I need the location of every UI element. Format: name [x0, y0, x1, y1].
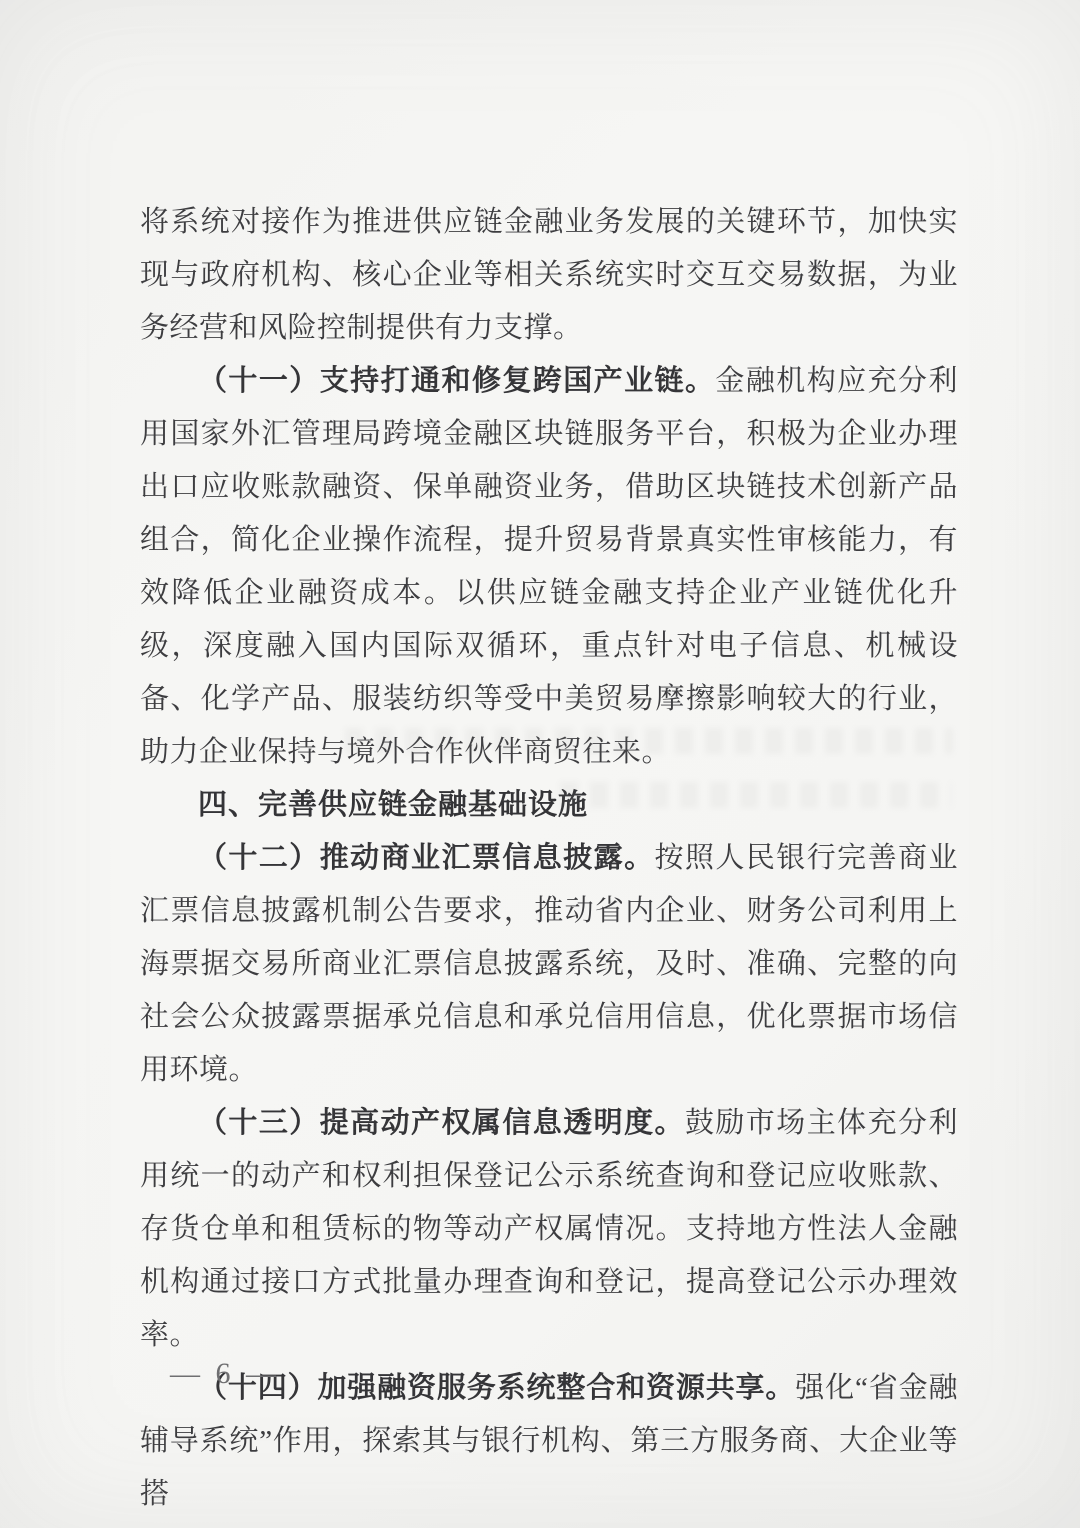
paragraph-lead: （十一）支持打通和修复跨国产业链。	[198, 365, 715, 397]
paragraph-item-11: （十一）支持打通和修复跨国产业链。金融机构应充分利用国家外汇管理局跨境金融区块链…	[140, 355, 958, 779]
paragraph-text: 按照人民银行完善商业汇票信息披露机制公告要求，推动省内企业、财务公司利用上海票据…	[140, 842, 958, 1086]
section-heading-text: 四、完善供应链金融基础设施	[198, 789, 588, 821]
scanned-document-page: 将系统对接作为推进供应链金融业务发展的关键环节，加快实现与政府机构、核心企业等相…	[0, 0, 1080, 1528]
paragraph-lead: （十三）提高动产权属信息透明度。	[198, 1107, 685, 1139]
paragraph-item-13: （十三）提高动产权属信息透明度。鼓励市场主体充分利用统一的动产和权利担保登记公示…	[140, 1097, 958, 1362]
document-text-block: 将系统对接作为推进供应链金融业务发展的关键环节，加快实现与政府机构、核心企业等相…	[140, 196, 958, 1521]
page-number: — 6 —	[170, 1352, 280, 1396]
paragraph-continuation: 将系统对接作为推进供应链金融业务发展的关键环节，加快实现与政府机构、核心企业等相…	[140, 196, 958, 355]
paragraph-item-12: （十二）推动商业汇票信息披露。按照人民银行完善商业汇票信息披露机制公告要求，推动…	[140, 832, 958, 1097]
paragraph-text: 鼓励市场主体充分利用统一的动产和权利担保登记公示系统查询和登记应收账款、存货仓单…	[140, 1107, 958, 1351]
paragraph-lead: （十四）加强融资服务系统整合和资源共享。	[198, 1372, 795, 1404]
paragraph-text: 金融机构应充分利用国家外汇管理局跨境金融区块链服务平台，积极为企业办理出口应收账…	[140, 365, 958, 768]
paragraph-text: 将系统对接作为推进供应链金融业务发展的关键环节，加快实现与政府机构、核心企业等相…	[140, 206, 958, 344]
section-heading: 四、完善供应链金融基础设施	[140, 779, 958, 832]
paragraph-lead: （十二）推动商业汇票信息披露。	[198, 842, 655, 874]
